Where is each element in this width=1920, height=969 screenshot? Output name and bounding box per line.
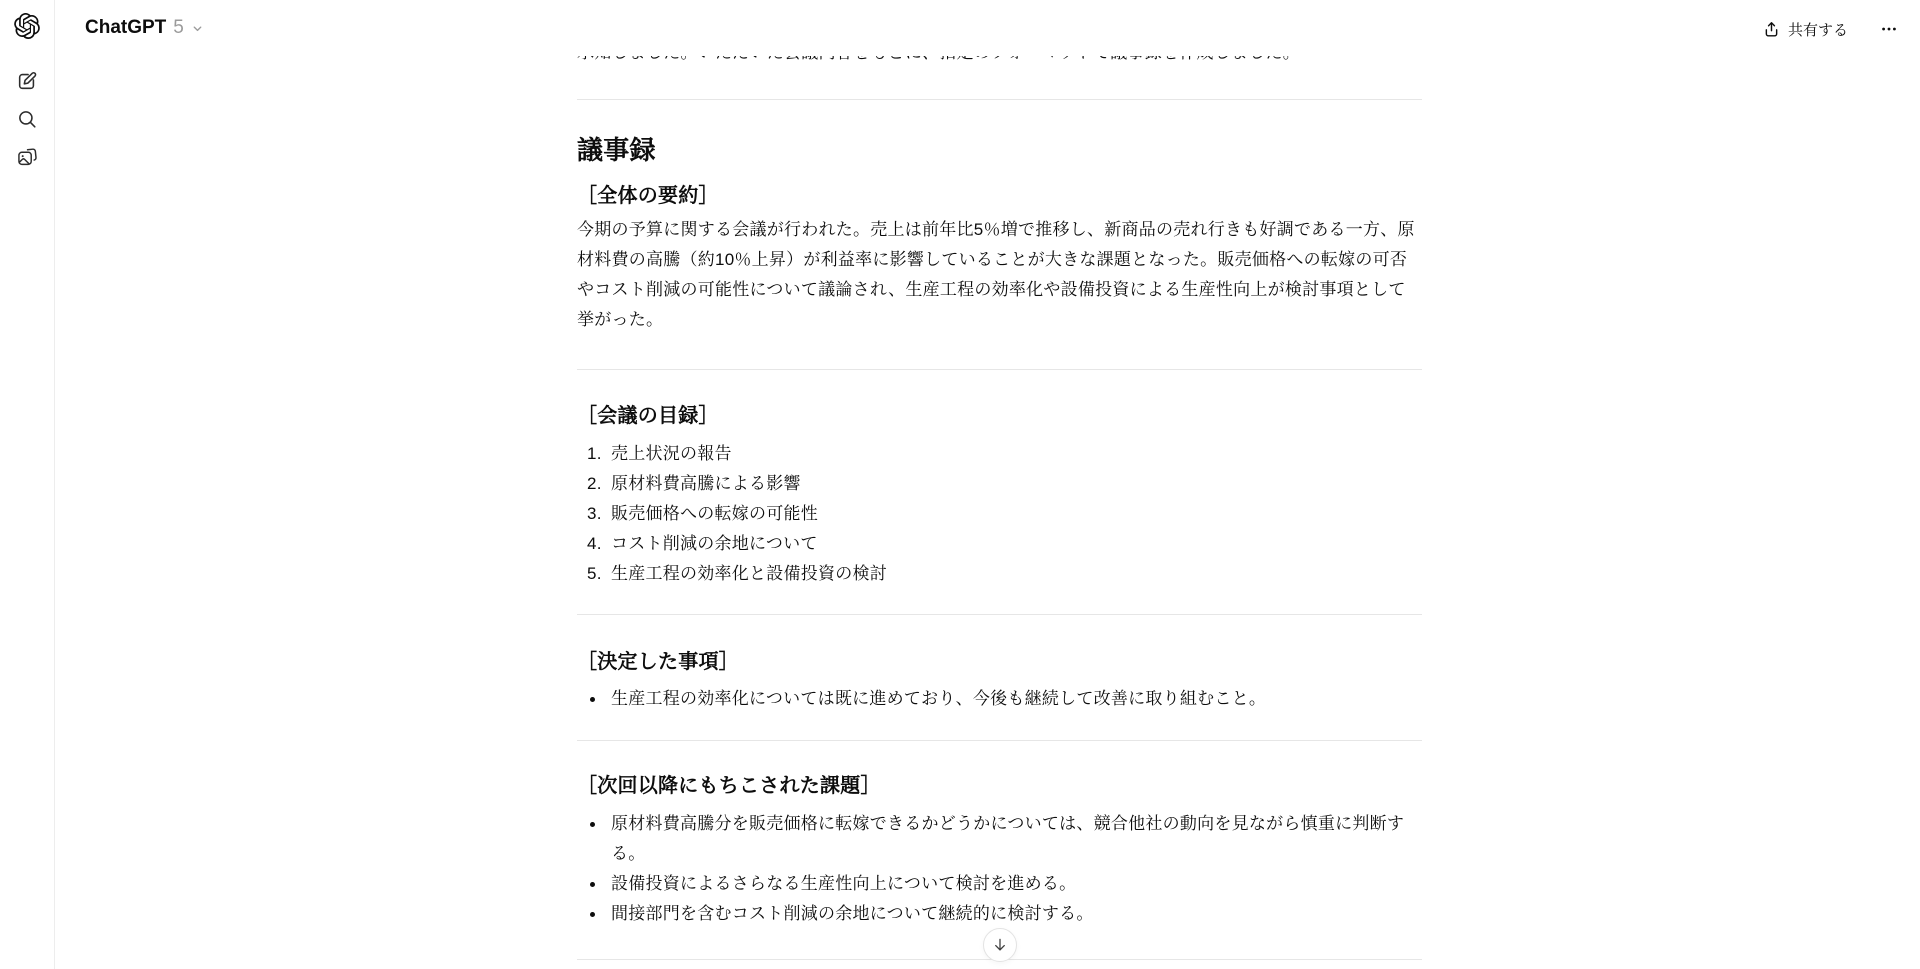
summary-paragraph: 今期の予算に関する会議が行われた。売上は前年比5％増で推移し、新商品の売れ行きも… bbox=[577, 215, 1422, 335]
divider bbox=[577, 614, 1422, 615]
carryover-list: 原材料費高騰分を販売価格に転嫁できるかどうかについては、競合他社の動向を見ながら… bbox=[577, 809, 1422, 929]
list-item: 生産工程の効率化については既に進めており、今後も継続して改善に取り組むこと。 bbox=[577, 684, 1422, 714]
new-chat-icon bbox=[16, 70, 38, 92]
openai-logo[interactable] bbox=[12, 11, 42, 41]
sidebar bbox=[0, 0, 55, 969]
bottom-row bbox=[577, 929, 1422, 960]
more-options-button[interactable] bbox=[1872, 12, 1906, 46]
ellipsis-icon bbox=[1879, 19, 1899, 39]
openai-logo-icon bbox=[14, 13, 40, 39]
header-actions: 共有する bbox=[1752, 12, 1906, 46]
list-item: 売上状況の報告 bbox=[577, 439, 1422, 469]
library-button[interactable] bbox=[11, 141, 43, 173]
new-chat-button[interactable] bbox=[11, 65, 43, 97]
scroll-to-bottom-button[interactable] bbox=[983, 928, 1017, 962]
list-item: 原材料費高騰分を販売価格に転嫁できるかどうかについては、競合他社の動向を見ながら… bbox=[577, 809, 1422, 869]
upload-icon bbox=[1762, 20, 1781, 39]
agenda-list: 売上状況の報告 原材料費高騰による影響 販売価格への転嫁の可能性 コスト削減の余… bbox=[577, 439, 1422, 589]
divider bbox=[577, 99, 1422, 100]
divider bbox=[577, 369, 1422, 370]
divider bbox=[577, 740, 1422, 741]
chevron-down-icon bbox=[191, 22, 204, 35]
decisions-list: 生産工程の効率化については既に進めており、今後も継続して改善に取り組むこと。 bbox=[577, 684, 1422, 714]
model-switcher[interactable]: ChatGPT 5 bbox=[76, 12, 213, 44]
share-label: 共有する bbox=[1788, 19, 1848, 40]
section-heading-decisions: ［決定した事項］ bbox=[577, 648, 1422, 676]
list-item: 設備投資によるさらなる生産性向上について検討を進める。 bbox=[577, 869, 1422, 899]
list-item: 間接部門を含むコスト削減の余地について継続的に検討する。 bbox=[577, 899, 1422, 929]
list-item: 原材料費高騰による影響 bbox=[577, 469, 1422, 499]
assistant-message: 承知しました。いただいた会議内容をもとに、指定のフォーマットで議事録を作成しまし… bbox=[577, 0, 1422, 960]
list-item: コスト削減の余地について bbox=[577, 529, 1422, 559]
list-item: 販売価格への転嫁の可能性 bbox=[577, 499, 1422, 529]
section-heading-summary: ［全体の要約］ bbox=[577, 182, 1422, 210]
top-bar: ChatGPT 5 共有する bbox=[56, 0, 1920, 56]
arrow-down-icon bbox=[991, 936, 1009, 954]
library-icon bbox=[16, 146, 38, 168]
model-version: 5 bbox=[173, 17, 184, 39]
share-button[interactable]: 共有する bbox=[1752, 13, 1858, 46]
search-button[interactable] bbox=[11, 103, 43, 135]
search-icon bbox=[16, 108, 38, 130]
document-title: 議事録 bbox=[577, 133, 1422, 167]
section-heading-carryover: ［次回以降にもちこされた課題］ bbox=[577, 772, 1422, 800]
app-title: ChatGPT bbox=[85, 17, 166, 39]
section-heading-agenda: ［会議の目録］ bbox=[577, 402, 1422, 430]
list-item: 生産工程の効率化と設備投資の検討 bbox=[577, 559, 1422, 589]
